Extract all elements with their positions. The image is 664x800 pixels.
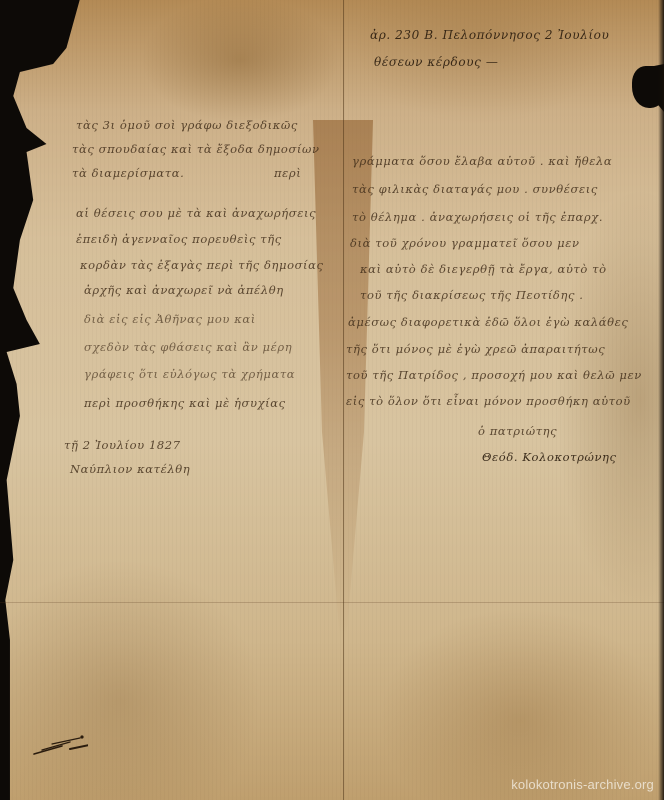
left-line-4: περὶ [274, 166, 301, 180]
left-line-1: τὰς 3ι ὁμοῦ σοὶ γράφω διεξοδικῶς [76, 118, 298, 132]
paper-edge-shadow [658, 0, 664, 800]
document-viewport: ἀρ. 230 Β. Πελοπόννησος 2 Ἰουλίου θέσεων… [0, 0, 664, 800]
left-line-2: τὰς σπουδαίας καὶ τὰ ἔξοδα δημοσίων [72, 142, 320, 156]
right-line-8: τῆς ὅτι μόνος μὲ ἐγὼ χρεῶ ἀπαραιτήτως [346, 342, 605, 356]
left-line-7: κορδὰν τὰς ἐξαγὰς περὶ τῆς δημοσίας [80, 258, 324, 272]
left-line-5: αἱ θέσεις σου μὲ τὰ καὶ ἀναχωρήσεις [76, 206, 316, 220]
right-line-2: τὰς φιλικὰς διαταγάς μου . συνθέσεις [352, 182, 598, 196]
signature-line-2: Θεόδ. Κολοκοτρώνης [482, 450, 617, 464]
right-line-5: καὶ αὐτὸ δὲ διεγερθῇ τὰ ἔργα, αὐτὸ τὸ [360, 262, 607, 276]
right-line-10: εἰς τὸ ὅλον ὅτι εἶναι μόνον προσθήκη αὐτ… [346, 394, 631, 408]
right-line-3: τὸ θέλημα . ἀναχωρήσεις οἱ τῆς ἐπαρχ. [352, 210, 603, 224]
header-note-line-1: ἀρ. 230 Β. Πελοπόννησος 2 Ἰουλίου [370, 28, 609, 42]
right-line-4: διὰ τοῦ χρόνου γραμματεῖ ὅσου μεν [350, 236, 580, 250]
horizontal-fold-line [0, 602, 664, 603]
right-line-7: ἀμέσως διαφορετικὰ ἐδῶ ὅλοι ἐγὼ καλάθες [348, 315, 628, 329]
left-line-6: ἐπειδὴ ἀγενναῖος πορευθεὶς τῆς [76, 232, 282, 246]
left-line-9: διὰ εἰς εἰς Ἀθῆνας μου καὶ [84, 312, 256, 326]
left-line-12: περὶ προσθήκης καὶ μὲ ἡσυχίας [84, 396, 286, 410]
archive-watermark: kolokotronis-archive.org [511, 777, 654, 792]
vertical-fold-line [343, 0, 344, 800]
right-line-6: τοῦ τῆς διακρίσεως τῆς Πεοτίδης . [360, 288, 584, 302]
header-note-line-2: θέσεων κέρδους — [374, 55, 498, 69]
left-line-10: σχεδὸν τὰς φθάσεις καὶ ἂν μέρη [84, 340, 292, 354]
left-line-3: τὰ διαμερίσματα. [72, 166, 184, 180]
right-line-9: τοῦ τῆς Πατρίδος , προσοχή μου καὶ θελῶ … [346, 368, 642, 382]
paraph-flourish-icon [18, 732, 88, 762]
right-line-1: γράμματα ὅσου ἔλαβα αὐτοῦ . καὶ ἤθελα [352, 154, 612, 168]
left-line-8: ἀρχῆς καὶ ἀναχωρεῖ νὰ ἀπέλθη [84, 283, 284, 297]
left-line-11: γράφεις ὅτι εὐλόγως τὰ χρήματα [84, 367, 295, 381]
letter-date: τῇ 2 Ἰουλίου 1827 [64, 438, 181, 452]
letter-place: Ναύπλιον κατέλθη [70, 462, 190, 476]
signature-line-1: ὁ πατριώτης [478, 424, 557, 438]
